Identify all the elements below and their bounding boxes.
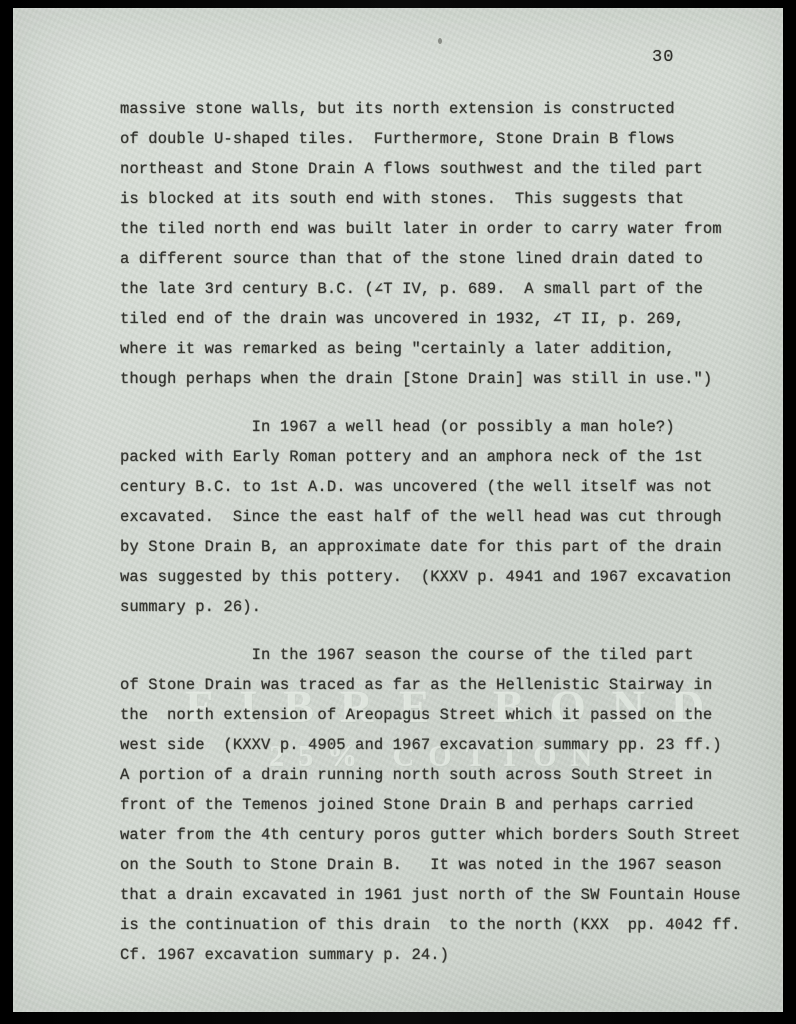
page: FIBRE BOND 25% COTTON 30 massive stone w… xyxy=(13,8,783,1012)
ink-smudge xyxy=(438,38,442,44)
body-paragraph-2: In 1967 a well head (or possibly a man h… xyxy=(120,412,760,622)
typewritten-body: massive stone walls, but its north exten… xyxy=(120,94,760,970)
scan-border: FIBRE BOND 25% COTTON 30 massive stone w… xyxy=(0,0,796,1024)
body-paragraph-1: massive stone walls, but its north exten… xyxy=(120,94,760,394)
body-paragraph-3: In the 1967 season the course of the til… xyxy=(120,640,760,970)
page-number: 30 xyxy=(652,48,674,67)
